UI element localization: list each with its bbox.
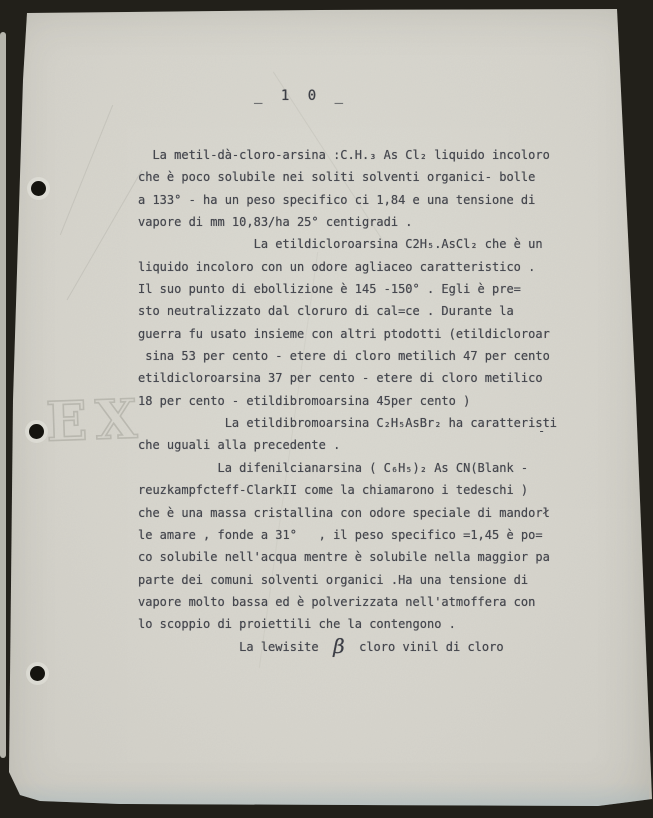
page-number: _ 1 0 _ bbox=[254, 88, 348, 104]
document-page: EX _ 1 0 _ La metil-dà-cloro-arsina :C.H… bbox=[0, 0, 653, 818]
text-line: vapore molto bassa ed è polverizzata nel… bbox=[138, 591, 618, 613]
text-line: che è una massa cristallina con odore sp… bbox=[138, 502, 618, 524]
text-line: guerra fu usato insieme con altri ptodot… bbox=[138, 323, 618, 345]
text-line: che uguali alla precedente . bbox=[138, 434, 618, 456]
text-line: sto neutralizzato dal cloruro di cal=ce … bbox=[138, 300, 618, 322]
beta-symbol: β bbox=[333, 634, 345, 658]
text-line: co solubile nell'acqua mentre è solubile… bbox=[138, 546, 618, 568]
text-segment: La lewisite bbox=[138, 640, 333, 654]
typewritten-text-block: La metil-dà-cloro-arsina :C.H.₃ As Cl₂ l… bbox=[138, 144, 618, 658]
crease-line bbox=[60, 105, 113, 235]
text-line: reuzkampfcteff-ClarkII come la chiamaron… bbox=[138, 479, 618, 501]
text-line: La etildibromoarsina C₂H₅AsBr₂ ha caratt… bbox=[138, 412, 618, 434]
text-line: le amare , fonde a 31° , il peso specifi… bbox=[138, 524, 618, 546]
adjacent-page-edge bbox=[0, 32, 6, 758]
scan-edge-tint bbox=[10, 782, 649, 810]
text-line: lo scoppio di proiettili che la contengo… bbox=[138, 613, 618, 635]
punch-hole bbox=[31, 181, 46, 196]
text-line: che è poco solubile nei soliti solventi … bbox=[138, 166, 618, 188]
text-line: a 133° - ha un peso specifico ci 1,84 e … bbox=[138, 189, 618, 211]
text-line: La lewisite β cloro vinil di cloro bbox=[138, 636, 618, 658]
text-line: etildicloroarsina 37 per cento - etere d… bbox=[138, 367, 618, 389]
text-line: La etildicloroarsina C2H₅.AsCl₂ che è un bbox=[138, 233, 618, 255]
text-line: La metil-dà-cloro-arsina :C.H.₃ As Cl₂ l… bbox=[138, 144, 618, 166]
text-line: 18 per cento - etildibromoarsina 45per c… bbox=[138, 390, 618, 412]
text-line: liquido incoloro con un odore agliaceo c… bbox=[138, 256, 618, 278]
text-line: La difenilcianarsina ( C₆H₅)₂ As CN(Blan… bbox=[138, 457, 618, 479]
text-line: vapore di mm 10,83/ha 25° centigradi . bbox=[138, 211, 618, 233]
punch-hole bbox=[29, 424, 44, 439]
punch-hole bbox=[30, 666, 45, 681]
embossed-stamp: EX bbox=[45, 386, 146, 453]
continuation-hyphen: - bbox=[538, 424, 545, 438]
text-segment: cloro vinil di cloro bbox=[345, 640, 504, 654]
text-line: parte dei comuni solventi organici .Ha u… bbox=[138, 569, 618, 591]
scanner-background: EX _ 1 0 _ La metil-dà-cloro-arsina :C.H… bbox=[0, 0, 653, 818]
text-line: Il suo punto di ebollizione è 145 -150° … bbox=[138, 278, 618, 300]
text-line: sina 53 per cento - etere di cloro metil… bbox=[138, 345, 618, 367]
